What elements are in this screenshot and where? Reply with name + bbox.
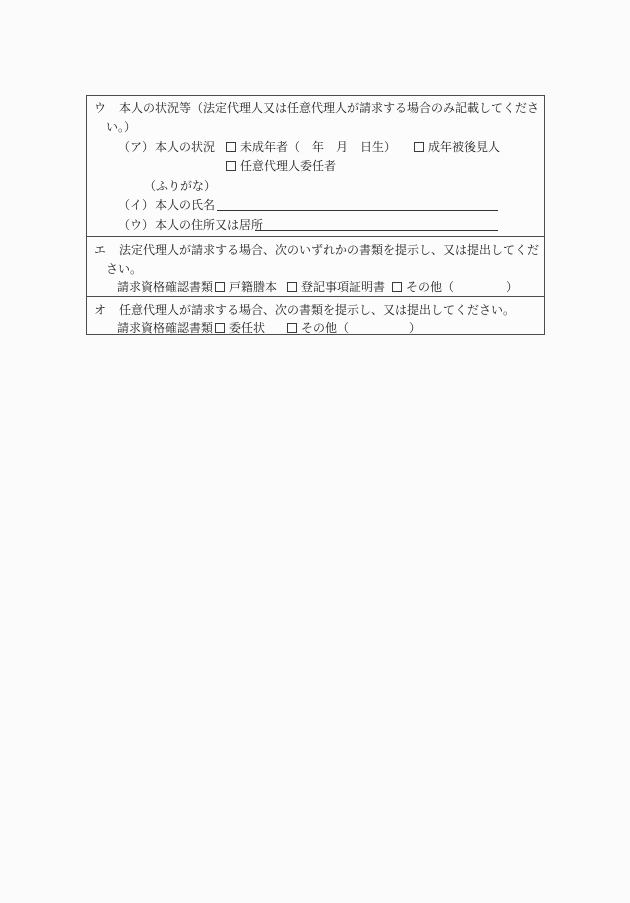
checkbox-ininjo-icon[interactable] [215, 323, 225, 333]
section-u-marker: ウ [94, 98, 106, 118]
section-e-marker: エ [94, 240, 106, 260]
item-u-label: 本人の住所又は居所 [155, 215, 263, 235]
item-i-line: （イ） 本人の氏名 [87, 195, 544, 215]
section-u-title-line2: い。） [87, 117, 544, 137]
other-legal-close-paren: ） [506, 277, 518, 297]
checkbox-toki-shomeisho-label: 登記事項証明書 [301, 280, 385, 294]
item-a-line: （ア） 本人の状況 未成年者（ 年 月 日生） 成年被後見人 [87, 137, 544, 157]
section-u-title-text: 本人の状況等（法定代理人又は任意代理人が請求する場合のみ記載してくださ [119, 98, 539, 118]
section-e-title-line2: さい。 [87, 259, 544, 279]
section-o-docs-label: 請求資格確認書類 [117, 318, 213, 338]
section-e-docs-label: 請求資格確認書類 [117, 277, 213, 297]
section-o-docs-line: 請求資格確認書類 委任状 その他（ ） [87, 318, 544, 338]
checkbox-voluntary-delegator-icon[interactable] [226, 161, 236, 171]
section-o-title-text: 任意代理人が請求する場合、次の書類を提示し、又は提出してください。 [119, 300, 515, 320]
checkbox-other-voluntary: その他（ [287, 318, 349, 338]
section-e-docs-line: 請求資格確認書類 戸籍謄本 登記事項証明書 その他（ ） [87, 277, 544, 297]
checkbox-other-legal: その他（ [392, 277, 454, 297]
checkbox-koseki-tohon-icon[interactable] [215, 282, 225, 292]
checkbox-adult-ward-label: 成年被後見人 [428, 140, 500, 154]
section-principal-status: ウ 本人の状況等（法定代理人又は任意代理人が請求する場合のみ記載してくださ い。… [87, 96, 544, 236]
checkbox-koseki-tohon: 戸籍謄本 [215, 277, 277, 297]
checkbox-toki-shomeisho: 登記事項証明書 [287, 277, 385, 297]
item-i-label: 本人の氏名 [155, 195, 215, 215]
checkbox-other-legal-icon[interactable] [392, 282, 402, 292]
furigana-line: （ふりがな） [87, 176, 544, 196]
section-o-marker: オ [94, 300, 106, 320]
principal-address-field[interactable] [255, 217, 498, 231]
checkbox-minor-icon[interactable] [226, 142, 236, 152]
item-a-line2: 任意代理人委任者 [87, 156, 544, 176]
checkbox-adult-ward-icon[interactable] [414, 142, 424, 152]
checkbox-other-voluntary-label: その他（ [301, 321, 349, 335]
document-page: ウ 本人の状況等（法定代理人又は任意代理人が請求する場合のみ記載してくださ い。… [0, 0, 630, 903]
item-u-line: （ウ） 本人の住所又は居所 [87, 215, 544, 235]
checkbox-koseki-tohon-label: 戸籍謄本 [229, 280, 277, 294]
checkbox-toki-shomeisho-icon[interactable] [287, 282, 297, 292]
applicant-form-table: ウ 本人の状況等（法定代理人又は任意代理人が請求する場合のみ記載してくださ い。… [86, 95, 545, 335]
checkbox-voluntary-delegator: 任意代理人委任者 [226, 156, 336, 176]
section-e-title-continuation: さい。 [106, 259, 142, 279]
other-voluntary-close-paren: ） [409, 318, 421, 338]
checkbox-ininjo: 委任状 [215, 318, 265, 338]
checkbox-other-voluntary-icon[interactable] [287, 323, 297, 333]
item-u-marker: （ウ） [118, 215, 154, 235]
section-voluntary-representative: オ 任意代理人が請求する場合、次の書類を提示し、又は提出してください。 請求資格… [87, 296, 544, 334]
checkbox-minor: 未成年者（ 年 月 日生） [226, 137, 396, 157]
furigana-label: （ふりがな） [144, 176, 216, 196]
checkbox-voluntary-delegator-label: 任意代理人委任者 [240, 159, 336, 173]
item-a-label: 本人の状況 [155, 137, 215, 157]
checkbox-ininjo-label: 委任状 [229, 321, 265, 335]
item-i-marker: （イ） [118, 195, 154, 215]
section-o-title-line: オ 任意代理人が請求する場合、次の書類を提示し、又は提出してください。 [87, 300, 544, 320]
item-a-marker: （ア） [118, 137, 154, 157]
checkbox-adult-ward: 成年被後見人 [414, 137, 500, 157]
checkbox-other-legal-label: その他（ [406, 280, 454, 294]
section-e-title-line1: エ 法定代理人が請求する場合、次のいずれかの書類を提示し、又は提出してくだ [87, 240, 544, 260]
section-e-title-text: 法定代理人が請求する場合、次のいずれかの書類を提示し、又は提出してくだ [119, 240, 539, 260]
section-legal-representative: エ 法定代理人が請求する場合、次のいずれかの書類を提示し、又は提出してくだ さい… [87, 236, 544, 296]
checkbox-minor-label: 未成年者（ 年 月 日生） [240, 140, 396, 154]
principal-name-field[interactable] [217, 197, 498, 211]
section-u-title-continuation: い。） [106, 117, 136, 137]
section-u-title-line1: ウ 本人の状況等（法定代理人又は任意代理人が請求する場合のみ記載してくださ [87, 98, 544, 118]
